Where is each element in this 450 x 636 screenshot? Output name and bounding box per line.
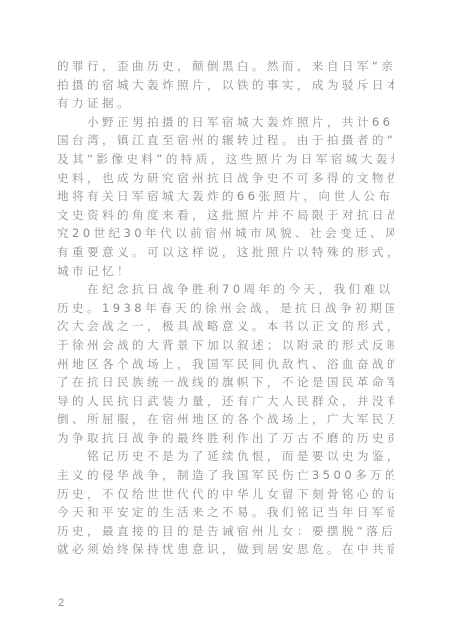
text-line: 历史。1938年春天的徐州会战，是抗日战争初期国民政府正面战场的四 [57,299,394,318]
text-line: 有重要意义。可以这样说，这批照片以特殊的形式，为宿州留下了横苍的 [57,243,394,262]
text-line: 小野正男拍摄的日军宿城大轰炸照片，共计66张，经历了从日本到我 [57,113,394,132]
text-line: 的罪行，歪曲历史，颠倒黑白。然而，来自日军“亲历、亲见、亲闻”者 [57,57,394,76]
page-number: 2 [58,597,64,609]
text-line: 州地区各个战场上，我国军民同仇敌忾、浴血奋战的英勇事迹，充分展示 [57,355,394,374]
text-line: 究20世纪30年代以前宿州城市风貌、社会变迁、风俗民情等方面，同样具 [57,224,394,243]
text-line: 在纪念抗日战争胜利70周年的今天，我们难以忘却这一段悲壮惨痛的 [57,280,394,299]
text-line: 铭记历史不是为了延续仇恨，而是要以史为鉴，维护和平。日本军国 [57,447,394,466]
text-line: 主义的侵华战争，制造了我国军民伤亡3500多万的人间惨剧。这段悲惨的 [57,466,394,485]
text-line: 文史资料的角度来看，这批照片并不局限于对抗日战争史的研究，对于研 [57,206,394,225]
text-line: 历史，不仅给世世代代的中华儿女留下刻骨铭心的记忆，更使我们感受到 [57,485,394,504]
text-line: 及其“影像史料”的特质，这些照片为日军宿城大轰炸留下了唯一的影像 [57,150,394,169]
document-page: 的罪行，歪曲历史，颠倒黑白。然而，来自日军“亲历、亲见、亲闻”者拍摄的宿城大轰炸… [57,57,394,559]
text-line: 于徐州会战的大背景下加以叙述；以附录的形式反映了在徐州会战期间宿 [57,336,394,355]
text-line: 倒、所屈服，在宿州地区的各个战场上，广大军民万众一心，勇往直前， [57,410,394,429]
text-line: 今天和平安定的生活来之不易。我们铭记当年日军宿城大轰炸这段惨痛的 [57,503,394,522]
text-line: 为争取抗日战争的最终胜利作出了万古不磨的历史贡献！ [57,429,394,448]
text-line: 史料，也成为研究宿州抗日战争史不可多得的文物佐证。这次宿州市完整 [57,169,394,188]
text-line: 了在抗日民族统一战线的旗帜下，不论是国民革命军，或是中国共产党领 [57,373,394,392]
text-line: 拍摄的宿城大轰炸照片，以铁的事实，成为驳斥日本右翼势力狡辩是非的 [57,76,394,95]
text-line: 地将有关日军宿城大轰炸的66张照片，向世人公布，尚属首次。当然，从 [57,187,394,206]
text-line: 次大会战之一，极具战略意义。本书以正文的形式，将日军宿城大轰炸置 [57,317,394,336]
text-line: 国台湾，镇江直至宿州的辗转过程。由于拍摄者的“亲历、亲见、亲闻” [57,131,394,150]
text-line: 导的人民抗日武装力量，还有广大人民群众，并没有被法西斯的暴行所吓 [57,392,394,411]
text-line: 城市记忆！ [57,262,394,281]
text-line: 就必须始终保持忧患意识，做到居安思危。在中共宿州市委的坚强领导 [57,540,394,559]
text-line: 有力证据。 [57,94,394,113]
body-text: 的罪行，歪曲历史，颠倒黑白。然而，来自日军“亲历、亲见、亲闻”者拍摄的宿城大轰炸… [57,57,394,559]
text-line: 历史，最直接的目的是告诫宿州儿女：要摆脱“落后挨打”的历史宿命， [57,522,394,541]
